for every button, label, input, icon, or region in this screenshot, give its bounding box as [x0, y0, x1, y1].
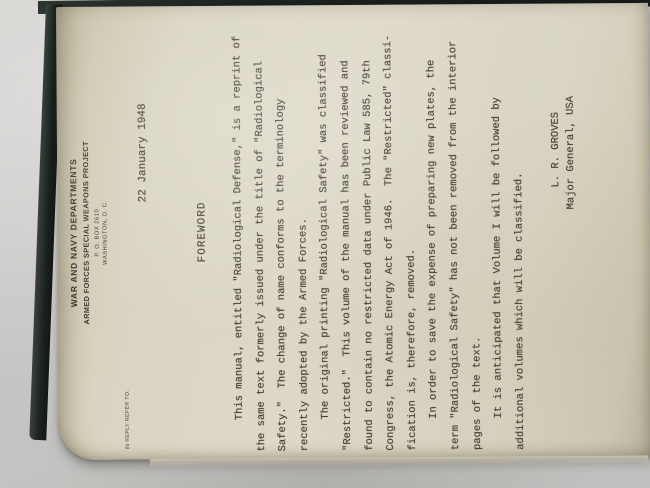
typed-line: Congress, the Atomic Energy Act of 1946.…: [378, 35, 402, 451]
date-line: 22 January 1948: [137, 103, 150, 202]
book-page: WAR AND NAVY DEPARTMENTS ARMED FORCES SP…: [56, 3, 650, 460]
typed-line: The original printing "Radiological Safe…: [314, 35, 338, 451]
foreword-heading: FOREWORD: [195, 6, 210, 458]
letterhead-department: WAR AND NAVY DEPARTMENTS: [67, 7, 80, 459]
letterhead: WAR AND NAVY DEPARTMENTS ARMED FORCES SP…: [67, 7, 110, 459]
foreword-document: WAR AND NAVY DEPARTMENTS ARMED FORCES SP…: [56, 3, 650, 459]
signature-name: L. R. GROVES: [549, 96, 565, 188]
signature-title: Major General, USA: [564, 96, 580, 210]
reply-reference-note: IN REPLY REFER TO:: [125, 390, 131, 450]
letterhead-agency: ARMED FORCES SPECIAL WEAPONS PROJECT: [80, 7, 92, 459]
typed-line: "Restricted." This volume of the manual …: [335, 35, 359, 451]
letterhead-city: WASHINGTON, D. C.: [101, 7, 110, 459]
typed-line: recently adopted by the Armed Forces.: [292, 35, 316, 451]
typed-line: pages of the text.: [465, 34, 489, 450]
typed-line: fication is, therefore, removed.: [400, 35, 424, 451]
typed-line: In order to save the expense of preparin…: [422, 34, 446, 450]
typed-line: Safety." The change of name conforms to …: [270, 35, 294, 451]
typed-line: found to contain no restricted data unde…: [357, 35, 381, 451]
typed-line: This manual, entitled "Radiological Defe…: [227, 36, 251, 452]
typed-line: term "Radiological Safety" has not been …: [443, 34, 467, 450]
body-text: This manual, entitled "Radiological Defe…: [227, 34, 532, 452]
signature-block: L. R. GROVES Major General, USA: [549, 96, 580, 210]
typed-line: It is anticipated that Volume I will be …: [486, 34, 510, 450]
typed-line: the same text formerly issued under the …: [249, 36, 273, 452]
photo-of-book: WAR AND NAVY DEPARTMENTS ARMED FORCES SP…: [0, 0, 650, 488]
typed-line: additional volumes which will be classif…: [508, 34, 532, 450]
